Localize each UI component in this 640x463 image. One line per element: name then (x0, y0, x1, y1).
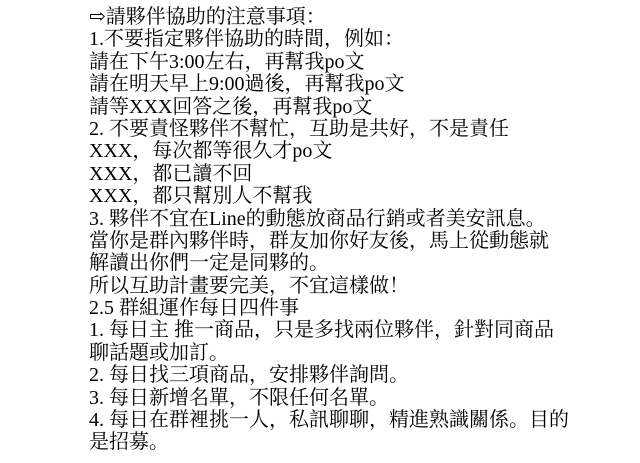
heading-line: ⇨請夥伴協助的注意事項： (89, 6, 630, 28)
text-line: XXX，都只幫別人不幫我 (89, 185, 630, 207)
text-line: 3. 每日新增名單，不限任何名單。 (89, 387, 630, 409)
document-page: ⇨請夥伴協助的注意事項： 1.不要指定夥伴協助的時間，例如： 請在下午3:00左… (0, 0, 640, 463)
right-arrow-icon: ⇨ (89, 6, 106, 28)
text-line: 所以互助計畫要完美，不宜這樣做！ (89, 275, 630, 297)
text-line: 2. 每日找三項商品，安排夥伴詢問。 (89, 364, 630, 386)
text-line: 當你是群內夥伴時，群友加你好友後，馬上從動態就 (89, 230, 630, 252)
text-line: 1.不要指定夥伴協助的時間，例如： (89, 28, 630, 50)
text-line: 請等XXX回答之後，再幫我po文 (89, 96, 630, 118)
text-line: 2.5 群組運作每日四件事 (89, 297, 630, 319)
text-line: 是招募。 (89, 431, 630, 453)
text-line: 4. 每日在群裡挑一人，私訊聊聊，精進熟識關係。目的 (89, 409, 630, 431)
text-block: ⇨請夥伴協助的注意事項： 1.不要指定夥伴協助的時間，例如： 請在下午3:00左… (89, 6, 630, 454)
text-line: 請在明天早上9:00過後，再幫我po文 (89, 73, 630, 95)
text-line: XXX，每次都等很久才po文 (89, 140, 630, 162)
text-line: 請在下午3:00左右，再幫我po文 (89, 51, 630, 73)
heading-text: 請夥伴協助的注意事項： (106, 6, 326, 28)
text-line: XXX，都已讀不回 (89, 163, 630, 185)
text-line: 聊話題或加訂。 (89, 342, 630, 364)
text-line: 1. 每日主 推一商品，只是多找兩位夥伴，針對同商品 (89, 319, 630, 341)
text-line: 2. 不要責怪夥伴不幫忙，互助是共好，不是責任 (89, 118, 630, 140)
text-line: 解讀出你們一定是同夥的。 (89, 252, 630, 274)
text-line: 3. 夥伴不宜在Line的動態放商品行銷或者美安訊息。 (89, 208, 630, 230)
